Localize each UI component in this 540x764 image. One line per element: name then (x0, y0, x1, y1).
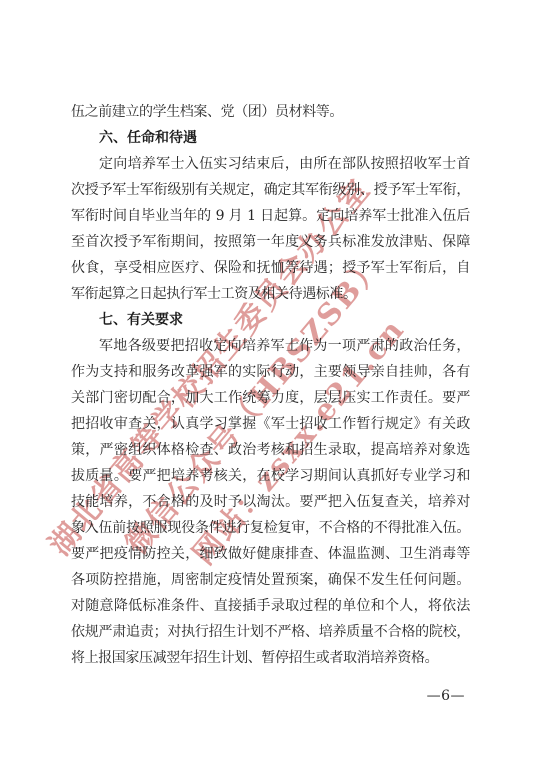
doc-line: 把招收审查关，认真学习掌握《军士招收工作暂行规定》有关政 (71, 411, 470, 437)
doc-line: 将上报国家压减翌年招生计划、暂停招生或者取消培养资格。 (71, 645, 470, 671)
doc-line: 象入伍前按照服现役条件进行复检复审，不合格的不得批准入伍。 (71, 515, 470, 541)
doc-line: 对随意降低标准条件、直接插手录取过程的单位和个人，将依法 (71, 593, 470, 619)
doc-line: 关部门密切配合，加大工作统筹力度，层层压实工作责任。要严 (71, 385, 470, 411)
page-number: —6— (427, 688, 465, 704)
doc-line: 伍之前建立的学生档案、党（团）员材料等。 (71, 99, 470, 125)
doc-line: 策，严密组织体格检查、政治考核和招生录取，提高培养对象选 (71, 437, 470, 463)
doc-line: 军地各级要把招收定向培养军士作为一项严肃的政治任务， (71, 333, 470, 359)
doc-line: 作为支持和服务改革强军的实际行动，主要领导亲自挂帅，各有 (71, 359, 470, 385)
doc-line: 要严把疫情防控关，细致做好健康排查、体温监测、卫生消毒等 (71, 541, 470, 567)
doc-line: 次授予军士军衔级别有关规定，确定其军衔级别、授予军士军衔， (71, 177, 470, 203)
section-heading: 七、有关要求 (71, 307, 470, 333)
doc-line: 依规严肃追责；对执行招生计划不严格、培养质量不合格的院校， (71, 619, 470, 645)
doc-line: 伙食，享受相应医疗、保险和抚恤等待遇；授予军士军衔后，自 (71, 255, 470, 281)
doc-line: 至首次授予军衔期间，按照第一年度义务兵标准发放津贴、保障 (71, 229, 470, 255)
section-heading: 六、任命和待遇 (71, 125, 470, 151)
document-page: 湖北省高等学校招生委员会办公室 微信公众号（HBSZSB） 网站：zsxx.e2… (0, 0, 540, 764)
doc-line: 军衔起算之日起执行军士工资及相关待遇标准。 (71, 281, 470, 307)
doc-line: 技能培养，不合格的及时予以淘汰。要严把入伍复查关，培养对 (71, 489, 470, 515)
document-text-column: 伍之前建立的学生档案、党（团）员材料等。 六、任命和待遇 定向培养军士入伍实习结… (71, 99, 470, 671)
doc-line: 定向培养军士入伍实习结束后，由所在部队按照招收军士首 (71, 151, 470, 177)
doc-line: 各项防控措施，周密制定疫情处置预案，确保不发生任何问题。 (71, 567, 470, 593)
doc-line: 拔质量。要严把培养考核关，在校学习期间认真抓好专业学习和 (71, 463, 470, 489)
doc-line: 军衔时间自毕业当年的 9 月 1 日起算。定向培养军士批准入伍后 (71, 203, 470, 229)
